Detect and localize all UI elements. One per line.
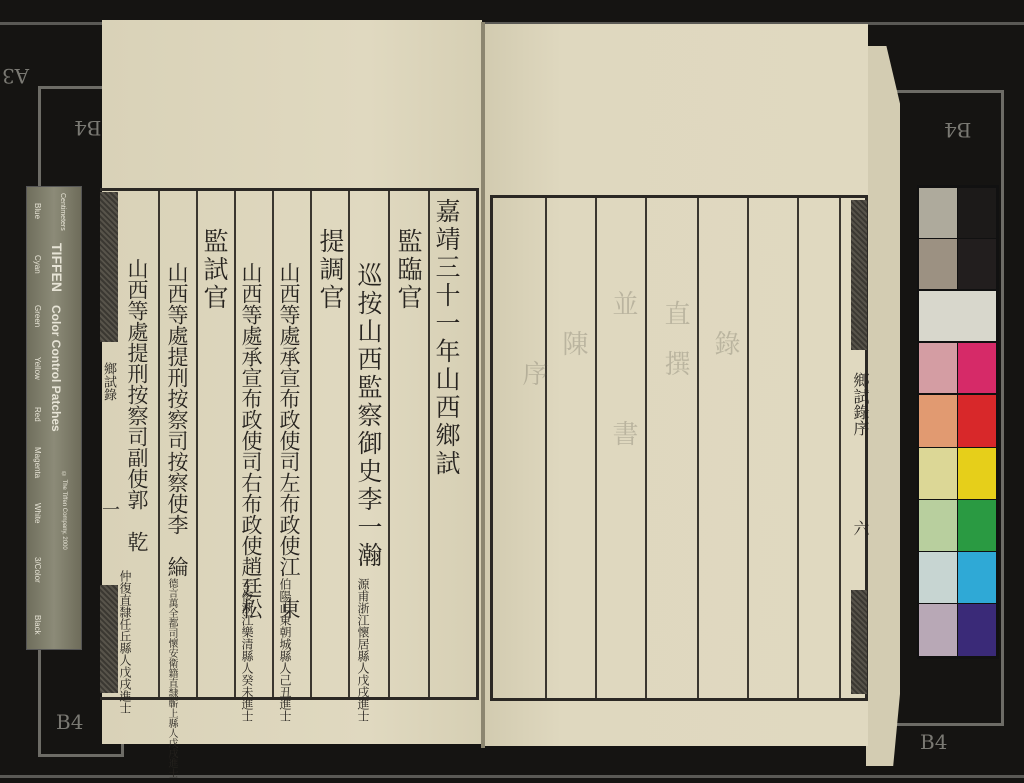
patch-light-blue <box>919 604 957 656</box>
official-name: 山西等處承宣布政使司左布政使江 東 <box>278 262 299 619</box>
color-patch-strip <box>917 185 999 659</box>
ruler-copyright: © The Tiffen Company, 2000 <box>61 472 67 550</box>
left-fold-block-bottom <box>100 585 118 693</box>
ruler-color-label: Blue <box>33 203 42 219</box>
patch-yellow <box>958 448 996 499</box>
show-through-text: 陳 <box>560 330 586 362</box>
official-name: 巡按山西監察御史李一瀚 <box>356 262 381 570</box>
ruler-brand: TIFFEN <box>49 243 65 292</box>
right-fold-label: 鄉試錄序 <box>852 372 868 436</box>
patch-dark <box>958 239 996 289</box>
ruler-color-label: Yellow <box>33 357 42 380</box>
official-name: 山西等處提刑按察司按察使李 綸 <box>166 262 187 577</box>
ruler-unit-label: Centimeters <box>59 193 66 231</box>
official-name: 山西等處提刑按察司副使郭 乾 <box>126 258 147 552</box>
official-heading: 監臨官 <box>396 228 421 312</box>
show-through-text: 撰 <box>662 350 688 382</box>
frame-label: B4 <box>56 710 83 734</box>
ruler-title: Color Control Patches <box>49 305 63 432</box>
column-rule <box>388 191 390 697</box>
patch-light-red <box>919 395 957 447</box>
column-rule <box>595 198 597 698</box>
column-rule <box>428 191 430 697</box>
column-rule <box>196 191 198 697</box>
right-fold-number: 六 <box>852 520 868 536</box>
column-rule <box>272 191 274 697</box>
right-fold-block-bottom <box>851 590 867 694</box>
show-through-text: 書 <box>610 420 636 452</box>
official-note: 德言萬全都司懷安衛籍直隸蘄上縣人戊戌進士 <box>166 578 177 778</box>
exam-title: 嘉靖三十一年山西鄉試 <box>434 198 459 478</box>
ruler-color-label: Magenta <box>33 447 42 478</box>
show-through-text: 並 <box>610 290 636 322</box>
column-rule <box>158 191 160 697</box>
show-through-text: 錄 <box>712 330 738 362</box>
ruler-color-label: Green <box>33 305 42 327</box>
frame-label: B4 <box>74 116 101 140</box>
underlying-page-edge <box>866 46 900 766</box>
column-rule <box>545 198 547 698</box>
column-rule <box>234 191 236 697</box>
column-rule <box>348 191 350 697</box>
patch-red <box>958 395 996 447</box>
official-note: 仲復直隸任丘縣人戊戌進士 <box>118 570 131 714</box>
patch-neutral-light <box>919 188 957 238</box>
patch-green <box>958 500 996 551</box>
column-rule <box>645 198 647 698</box>
frame-label: A3 <box>2 64 29 88</box>
patch-white <box>919 291 996 341</box>
show-through-text: 直 <box>662 300 688 332</box>
column-rule <box>747 198 749 698</box>
patch-cyan <box>958 552 996 603</box>
official-note: 伯陽山東朝城縣人己丑進士 <box>278 578 291 722</box>
color-control-ruler: Centimeters TIFFEN Color Control Patches… <box>26 186 82 650</box>
show-through-text: 序 <box>520 360 546 392</box>
ruler-color-label: 3/Color <box>33 557 42 583</box>
left-fold-block-top <box>100 192 118 342</box>
column-rule <box>310 191 312 697</box>
ruler-color-label: Black <box>33 615 42 635</box>
patch-light-magenta <box>919 343 957 393</box>
official-heading: 監試官 <box>202 228 227 312</box>
left-fold-number: 一 <box>100 500 118 518</box>
patch-magenta <box>958 343 996 393</box>
patch-light-cyan <box>919 552 957 603</box>
patch-neutral-mid <box>919 239 957 289</box>
official-heading: 提調官 <box>318 228 343 312</box>
patch-light-yellow <box>919 448 957 499</box>
column-rule <box>797 198 799 698</box>
patch-black <box>958 188 996 238</box>
official-note: 源甫浙江懷居縣人戊戌進士 <box>356 578 369 722</box>
book-spine <box>481 22 485 748</box>
ruler-color-label: White <box>33 503 42 523</box>
patch-light-green <box>919 500 957 551</box>
right-fold-block-top <box>851 200 867 350</box>
column-rule <box>697 198 699 698</box>
ruler-color-label: Cyan <box>33 255 42 274</box>
official-name: 山西等處承宣布政使司右布政使趙廷松 <box>240 262 261 619</box>
right-page-grid <box>490 195 868 701</box>
ruler-color-label: Red <box>33 407 42 422</box>
frame-label: B4 <box>944 118 971 142</box>
frame-label: B4 <box>920 730 947 754</box>
official-note: 子俊浙江樂清縣人癸未進士 <box>240 578 253 722</box>
left-fold-label: 鄉試錄 <box>102 362 115 401</box>
patch-blue <box>958 604 996 656</box>
